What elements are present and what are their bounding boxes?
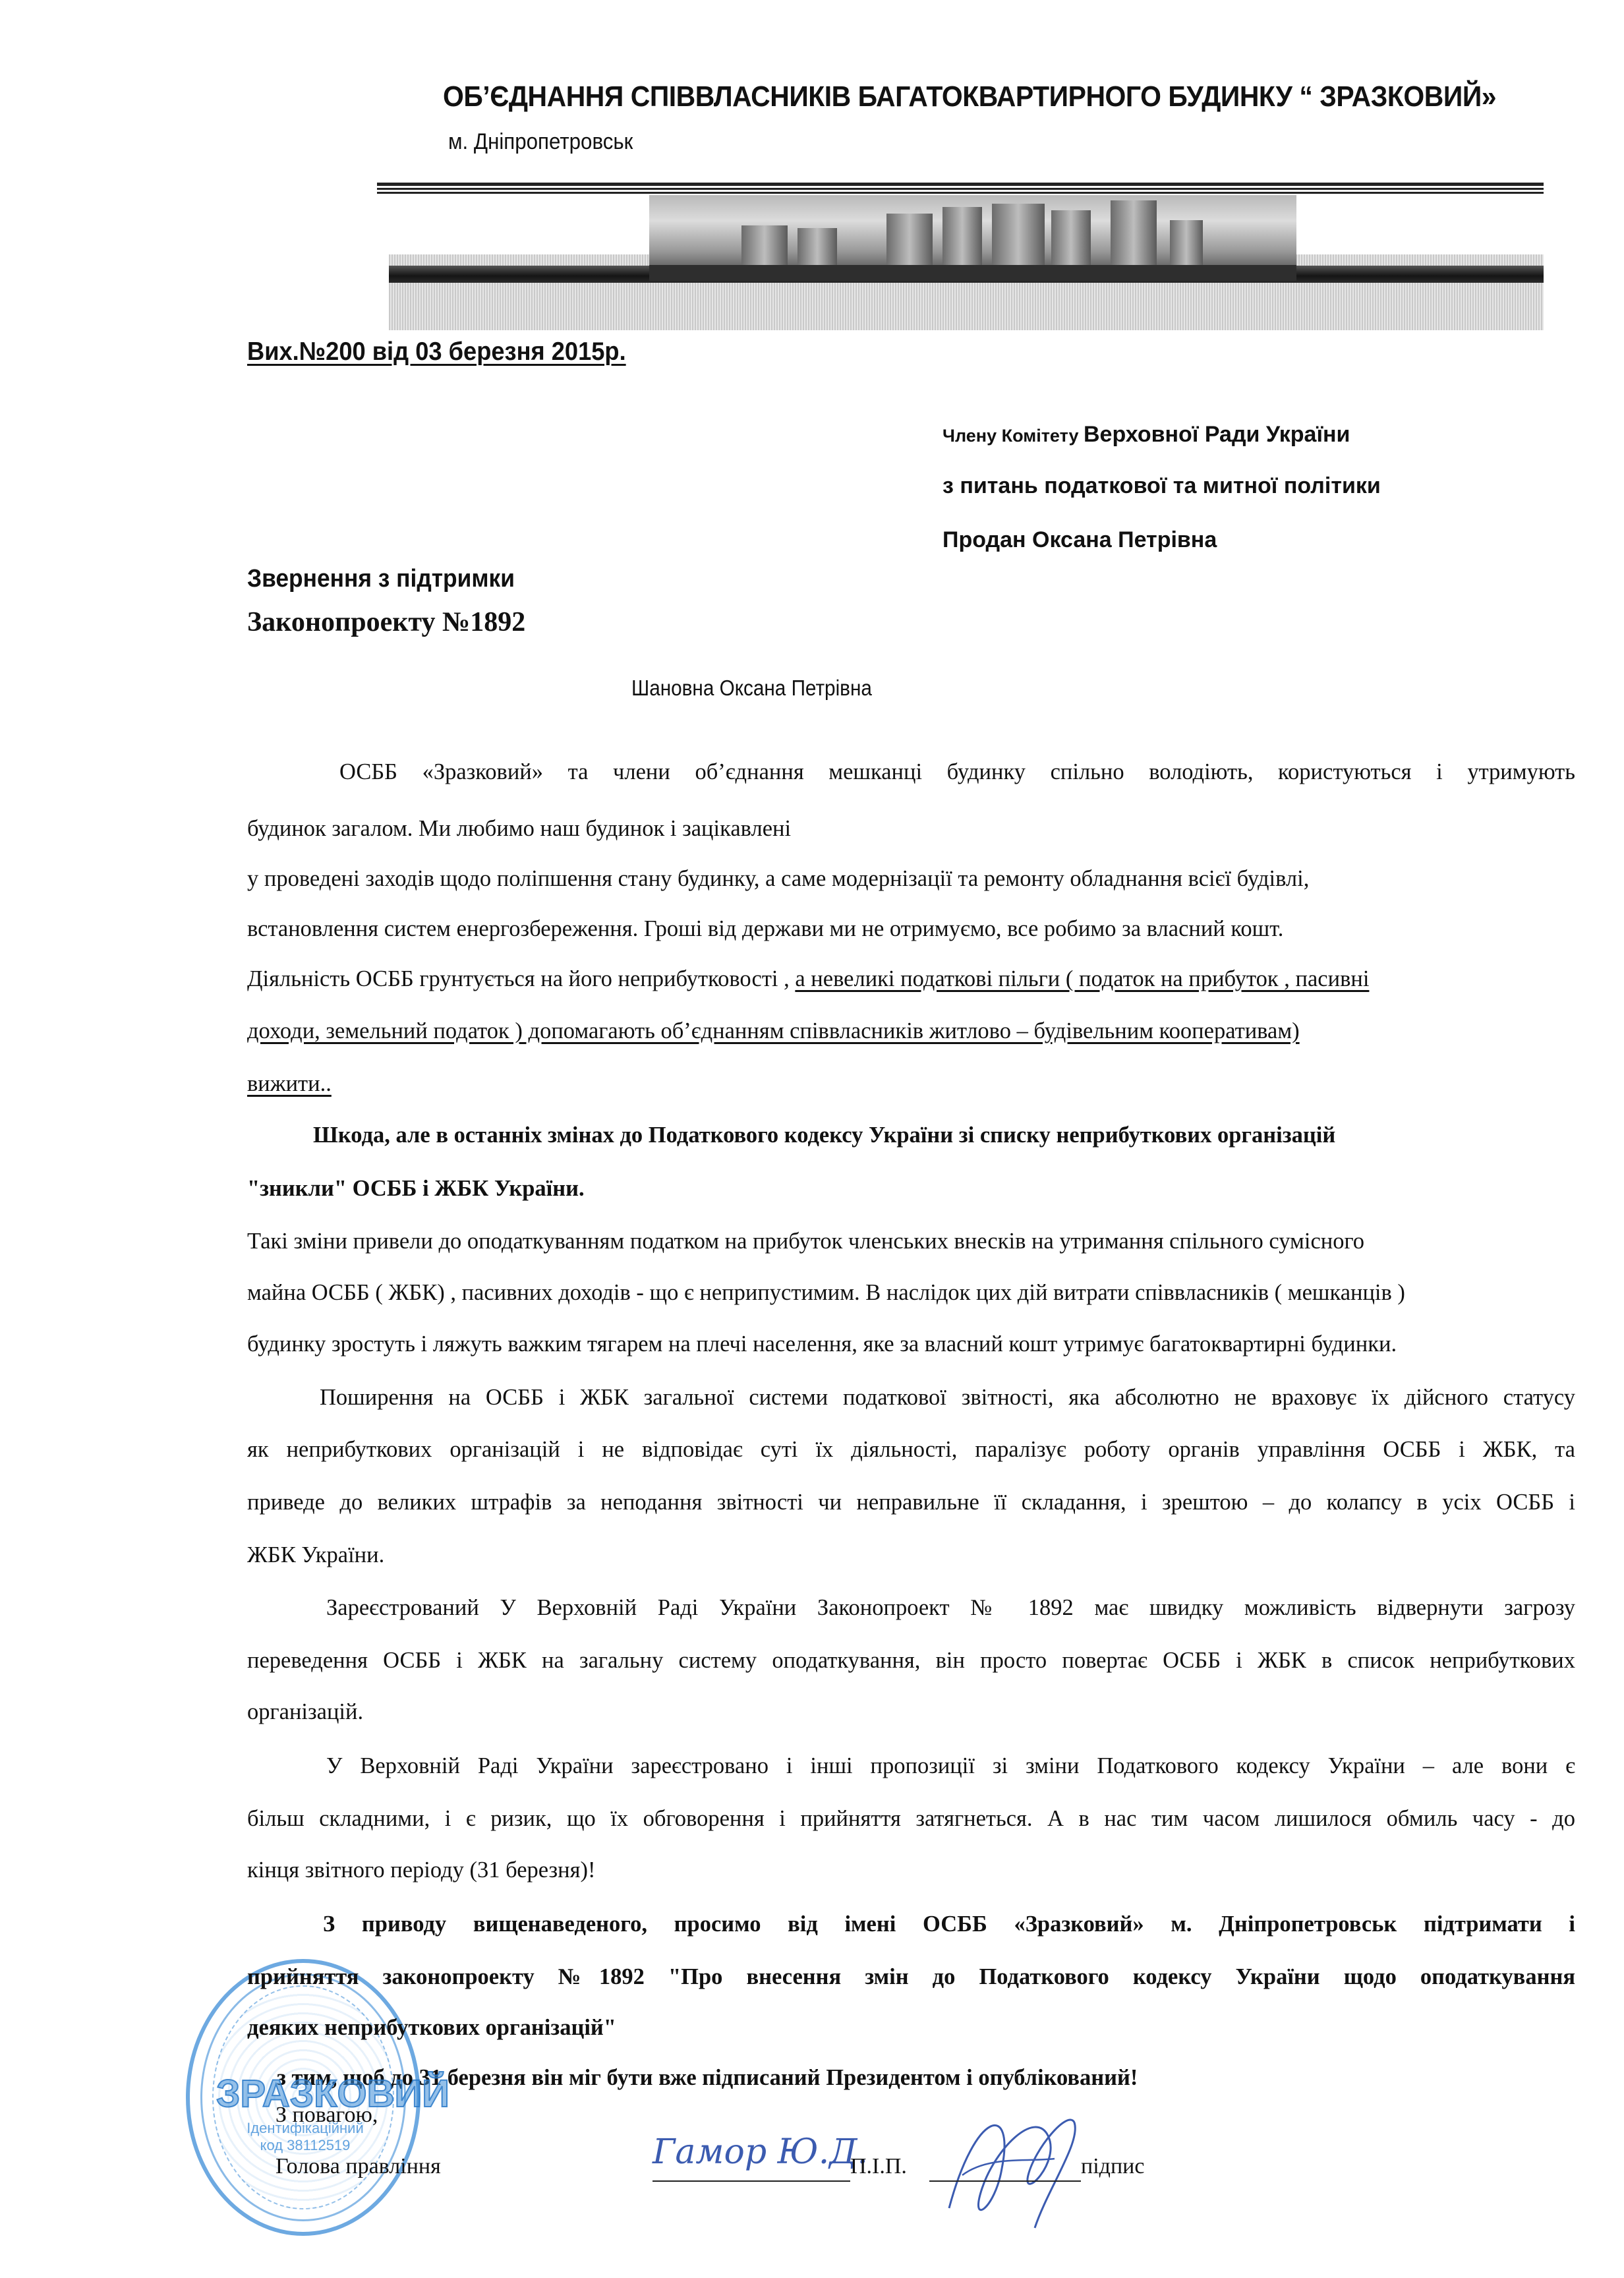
body-line: Шкода, але в останніх змінах до Податков…: [247, 1123, 1575, 1148]
handwritten-name: Гамор Ю.Д.: [652, 2132, 868, 2172]
body-line: прийняття законопроекту №1892 "Про внесе…: [247, 1964, 1575, 1990]
body-text: Діяльність ОСББ грунтується на його непр…: [247, 966, 795, 991]
stamp-name: ЗРАЗКОВИЙ: [216, 2072, 394, 2116]
signature-line: [929, 2180, 1081, 2182]
body-line: будинок загалом. Ми любимо наш будинок і…: [247, 816, 1575, 842]
addressee-name: Продан Оксана Петрівна: [942, 527, 1217, 553]
body-line: З приводу вищенаведеного, просимо від ім…: [247, 1912, 1575, 1937]
body-line: кінця звітного періоду (31 березня)!: [247, 1857, 1575, 1883]
name-signature-line: [652, 2180, 850, 2182]
body-line: як неприбуткових організацій і не відпов…: [247, 1437, 1575, 1463]
underlined-text: а невеликі податкові пільги ( податок на…: [795, 966, 1369, 991]
body-line: ЖБК України.: [247, 1542, 1575, 1568]
underlined-text: доходи, земельний податок ) допомагають …: [247, 1018, 1300, 1043]
subject-line-1: Звернення з підтримки: [247, 565, 515, 593]
body-line: Зареєстрований У Верховній Раді України …: [247, 1595, 1575, 1621]
organization-title: ОБ’ЄДНАННЯ СПІВВЛАСНИКІВ БАГАТОКВАРТИРНО…: [443, 80, 1496, 113]
addressee-line-2: з питань податкової та митної політики: [942, 473, 1381, 499]
organization-city: м. Дніпропетровськ: [448, 129, 633, 155]
addressee-line-1: Члену Комітету Верховної Ради України: [942, 422, 1350, 448]
outgoing-number: Вих.№200 від 03 березня 2015р.: [247, 337, 626, 366]
signature-label: підпис: [1081, 2154, 1144, 2179]
stamp-id-code: код 38112519: [216, 2137, 394, 2154]
body-line: ОСББ «Зразковий» та члени об’єднання меш…: [247, 759, 1575, 785]
body-line: більш складними, і є ризик, що їх обгово…: [247, 1806, 1575, 1832]
stamp-id-label: Ідентифікаційний: [216, 2120, 394, 2137]
underlined-text: вижити..: [247, 1071, 332, 1096]
body-line: організацій.: [247, 1699, 1575, 1725]
salutation: Шановна Оксана Петрівна: [631, 676, 872, 701]
addressee-main: Верховної Ради України: [1084, 422, 1350, 447]
body-line: Діяльність ОСББ грунтується на його непр…: [247, 966, 1575, 992]
body-line: У Верховній Раді України зареєстровано і…: [247, 1753, 1575, 1779]
header-rule: [377, 188, 1544, 190]
building-photo: [649, 195, 1296, 281]
subject-line-2: Законопроекту №1892: [247, 606, 525, 638]
body-line: переведення ОСББ і ЖБК на загальну систе…: [247, 1648, 1575, 1674]
body-line: "зникли" ОСББ і ЖБК України.: [247, 1176, 1575, 1202]
addressee-prefix: Члену Комітету: [942, 426, 1084, 446]
body-line: встановлення систем енергозбереження. Гр…: [247, 916, 1575, 942]
body-line: у проведені заходів щодо поліпшення стан…: [247, 866, 1575, 892]
name-label: П.І.П.: [850, 2154, 907, 2179]
body-line: майна ОСББ ( ЖБК) , пасивних доходів - щ…: [247, 1280, 1575, 1306]
organization-stamp: ЗРАЗКОВИЙ Ідентифікаційний код 38112519: [186, 1959, 420, 2236]
body-line: Такі зміни привели до оподаткуванням под…: [247, 1229, 1575, 1254]
body-line: будинку зростуть і ляжуть важким тягарем…: [247, 1331, 1575, 1357]
body-line: деяких неприбуткових організацій": [247, 2015, 1575, 2041]
body-line: приведе до великих штрафів за неподання …: [247, 1490, 1575, 1515]
body-line: вижити..: [247, 1071, 1575, 1097]
signatory-position: Голова правління: [275, 2154, 441, 2179]
header-rule: [377, 192, 1544, 194]
body-line: доходи, земельний податок ) допомагають …: [247, 1018, 1575, 1044]
body-line: Поширення на ОСББ і ЖБК загальної систем…: [247, 1385, 1575, 1411]
header-rule: [377, 183, 1544, 186]
